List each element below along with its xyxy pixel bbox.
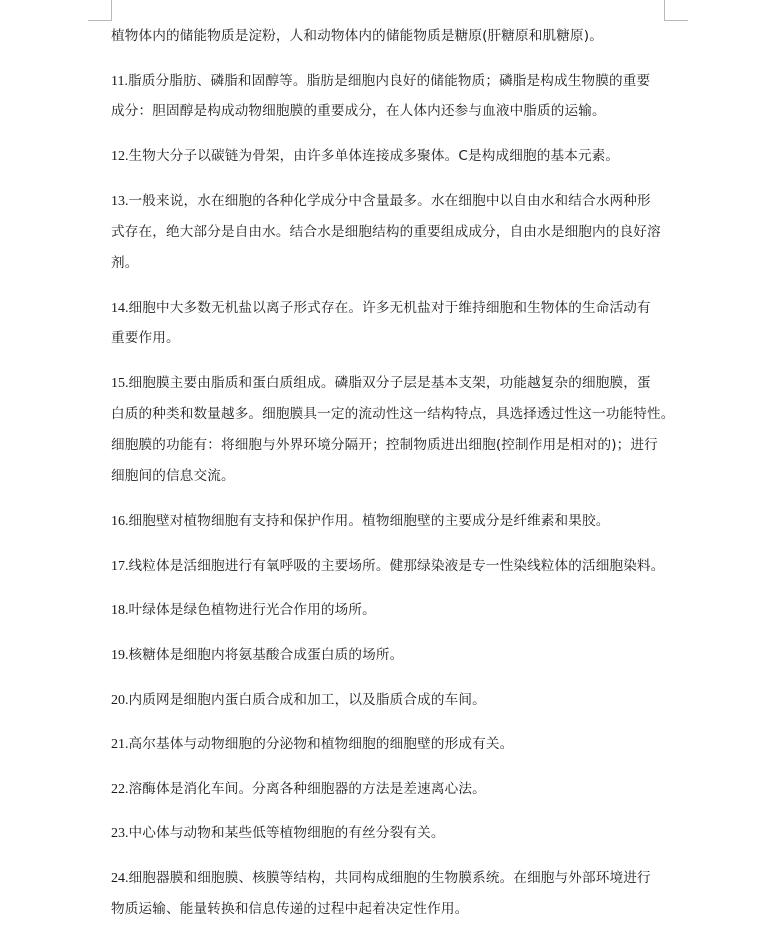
item-number: 17. — [111, 559, 129, 574]
numbered-paragraph-line: 19.核糖体是细胞内将氨基酸合成蛋白质的场所。 — [111, 645, 403, 666]
numbered-paragraph-line: 16.细胞壁对植物细胞有支持和保护作用。植物细胞壁的主要成分是纤维素和果胶。 — [111, 511, 610, 532]
item-number: 23. — [111, 826, 129, 841]
line-text: 重要作用。 — [111, 330, 180, 346]
line-text: 内质网是细胞内蛋白质合成和加工，以及脂质合成的车间。 — [129, 692, 486, 708]
line-text: 生物大分子以碳链为骨架，由许多单体连接成多聚体。C是构成细胞的基本元素。 — [129, 148, 620, 164]
numbered-paragraph-line: 20.内质网是细胞内蛋白质合成和加工，以及脂质合成的车间。 — [111, 690, 486, 711]
item-number: 14. — [111, 301, 129, 316]
item-number: 24. — [111, 871, 129, 886]
paragraph-line: 成分：胆固醇是构成动物细胞膜的重要成分，在人体内还参与血液中脂质的运输。 — [111, 101, 606, 122]
line-text: 高尔基体与动物细胞的分泌物和植物细胞的细胞壁的形成有关。 — [129, 736, 514, 752]
paragraph-line: 植物体内的储能物质是淀粉，人和动物体内的储能物质是糖原(肝糖原和肌糖原)。 — [111, 26, 603, 47]
paragraph-line: 式存在，绝大部分是自由水。结合水是细胞结构的重要组成成分，自由水是细胞内的良好溶 — [111, 222, 661, 243]
item-number: 18. — [111, 603, 129, 618]
line-text: 白质的种类和数量越多。细胞膜具一定的流动性这一结构特点，具选择透过性这一功能特性… — [111, 406, 675, 422]
numbered-paragraph-line: 24.细胞器膜和细胞膜、核膜等结构，共同构成细胞的生物膜系统。在细胞与外部环境进… — [111, 868, 651, 889]
numbered-paragraph-line: 18.叶绿体是绿色植物进行光合作用的场所。 — [111, 600, 376, 621]
line-text: 线粒体是活细胞进行有氧呼吸的主要场所。健那绿染液是专一性染线粒体的活细胞染料。 — [129, 558, 665, 574]
line-text: 一般来说，水在细胞的各种化学成分中含量最多。水在细胞中以自由水和结合水两种形 — [129, 193, 651, 209]
line-text: 式存在，绝大部分是自由水。结合水是细胞结构的重要组成成分，自由水是细胞内的良好溶 — [111, 224, 661, 240]
paragraph-line: 剂。 — [111, 253, 139, 274]
item-number: 13. — [111, 194, 129, 209]
numbered-paragraph-line: 17.线粒体是活细胞进行有氧呼吸的主要场所。健那绿染液是专一性染线粒体的活细胞染… — [111, 556, 665, 577]
paragraph-line: 细胞膜的功能有：将细胞与外界环境分隔开；控制物质进出细胞(控制作用是相对的)；进… — [111, 435, 658, 456]
line-text: 物质运输、能量转换和信息传递的过程中起着决定性作用。 — [111, 901, 468, 917]
line-text: 细胞膜主要由脂质和蛋白质组成。磷脂双分子层是基本支架，功能越复杂的细胞膜，蛋 — [129, 375, 651, 391]
line-text: 细胞壁对植物细胞有支持和保护作用。植物细胞壁的主要成分是纤维素和果胶。 — [129, 513, 610, 529]
page-corner-mark-right — [664, 20, 688, 21]
item-number: 20. — [111, 693, 129, 708]
line-text: 成分：胆固醇是构成动物细胞膜的重要成分，在人体内还参与血液中脂质的运输。 — [111, 103, 606, 119]
item-number: 22. — [111, 782, 129, 797]
line-text: 剂。 — [111, 255, 139, 271]
paragraph-line: 细胞间的信息交流。 — [111, 466, 235, 487]
numbered-paragraph-line: 11.脂质分脂肪、磷脂和固醇等。脂肪是细胞内良好的储能物质；磷脂是构成生物膜的重… — [111, 71, 650, 92]
page-corner-mark-right — [664, 0, 665, 20]
item-number: 15. — [111, 376, 129, 391]
line-text: 叶绿体是绿色植物进行光合作用的场所。 — [129, 602, 376, 618]
item-number: 11. — [111, 74, 128, 89]
numbered-paragraph-line: 13.一般来说，水在细胞的各种化学成分中含量最多。水在细胞中以自由水和结合水两种… — [111, 191, 651, 212]
line-text: 植物体内的储能物质是淀粉，人和动物体内的储能物质是糖原(肝糖原和肌糖原)。 — [111, 28, 603, 44]
paragraph-line: 物质运输、能量转换和信息传递的过程中起着决定性作用。 — [111, 899, 468, 920]
numbered-paragraph-line: 22.溶酶体是消化车间。分离各种细胞器的方法是差速离心法。 — [111, 779, 486, 800]
item-number: 12. — [111, 149, 129, 164]
numbered-paragraph-line: 15.细胞膜主要由脂质和蛋白质组成。磷脂双分子层是基本支架，功能越复杂的细胞膜，… — [111, 373, 651, 394]
line-text: 细胞中大多数无机盐以离子形式存在。许多无机盐对于维持细胞和生物体的生命活动有 — [129, 300, 651, 316]
paragraph-line: 重要作用。 — [111, 328, 180, 349]
line-text: 细胞膜的功能有：将细胞与外界环境分隔开；控制物质进出细胞(控制作用是相对的)；进… — [111, 437, 658, 453]
page-corner-mark-left — [88, 20, 112, 21]
paragraph-line: 白质的种类和数量越多。细胞膜具一定的流动性这一结构特点，具选择透过性这一功能特性… — [111, 404, 675, 425]
numbered-paragraph-line: 23.中心体与动物和某些低等植物细胞的有丝分裂有关。 — [111, 823, 445, 844]
numbered-paragraph-line: 21.高尔基体与动物细胞的分泌物和植物细胞的细胞壁的形成有关。 — [111, 734, 513, 755]
line-text: 中心体与动物和某些低等植物细胞的有丝分裂有关。 — [129, 825, 445, 841]
line-text: 细胞间的信息交流。 — [111, 468, 235, 484]
numbered-paragraph-line: 12.生物大分子以碳链为骨架，由许多单体连接成多聚体。C是构成细胞的基本元素。 — [111, 146, 619, 167]
line-text: 细胞器膜和细胞膜、核膜等结构，共同构成细胞的生物膜系统。在细胞与外部环境进行 — [129, 870, 651, 886]
page-corner-mark-left — [111, 0, 112, 20]
item-number: 16. — [111, 514, 129, 529]
numbered-paragraph-line: 14.细胞中大多数无机盐以离子形式存在。许多无机盐对于维持细胞和生物体的生命活动… — [111, 298, 651, 319]
item-number: 19. — [111, 648, 129, 663]
line-text: 溶酶体是消化车间。分离各种细胞器的方法是差速离心法。 — [129, 781, 486, 797]
line-text: 脂质分脂肪、磷脂和固醇等。脂肪是细胞内良好的储能物质；磷脂是构成生物膜的重要 — [128, 73, 650, 89]
line-text: 核糖体是细胞内将氨基酸合成蛋白质的场所。 — [129, 647, 404, 663]
item-number: 21. — [111, 737, 129, 752]
